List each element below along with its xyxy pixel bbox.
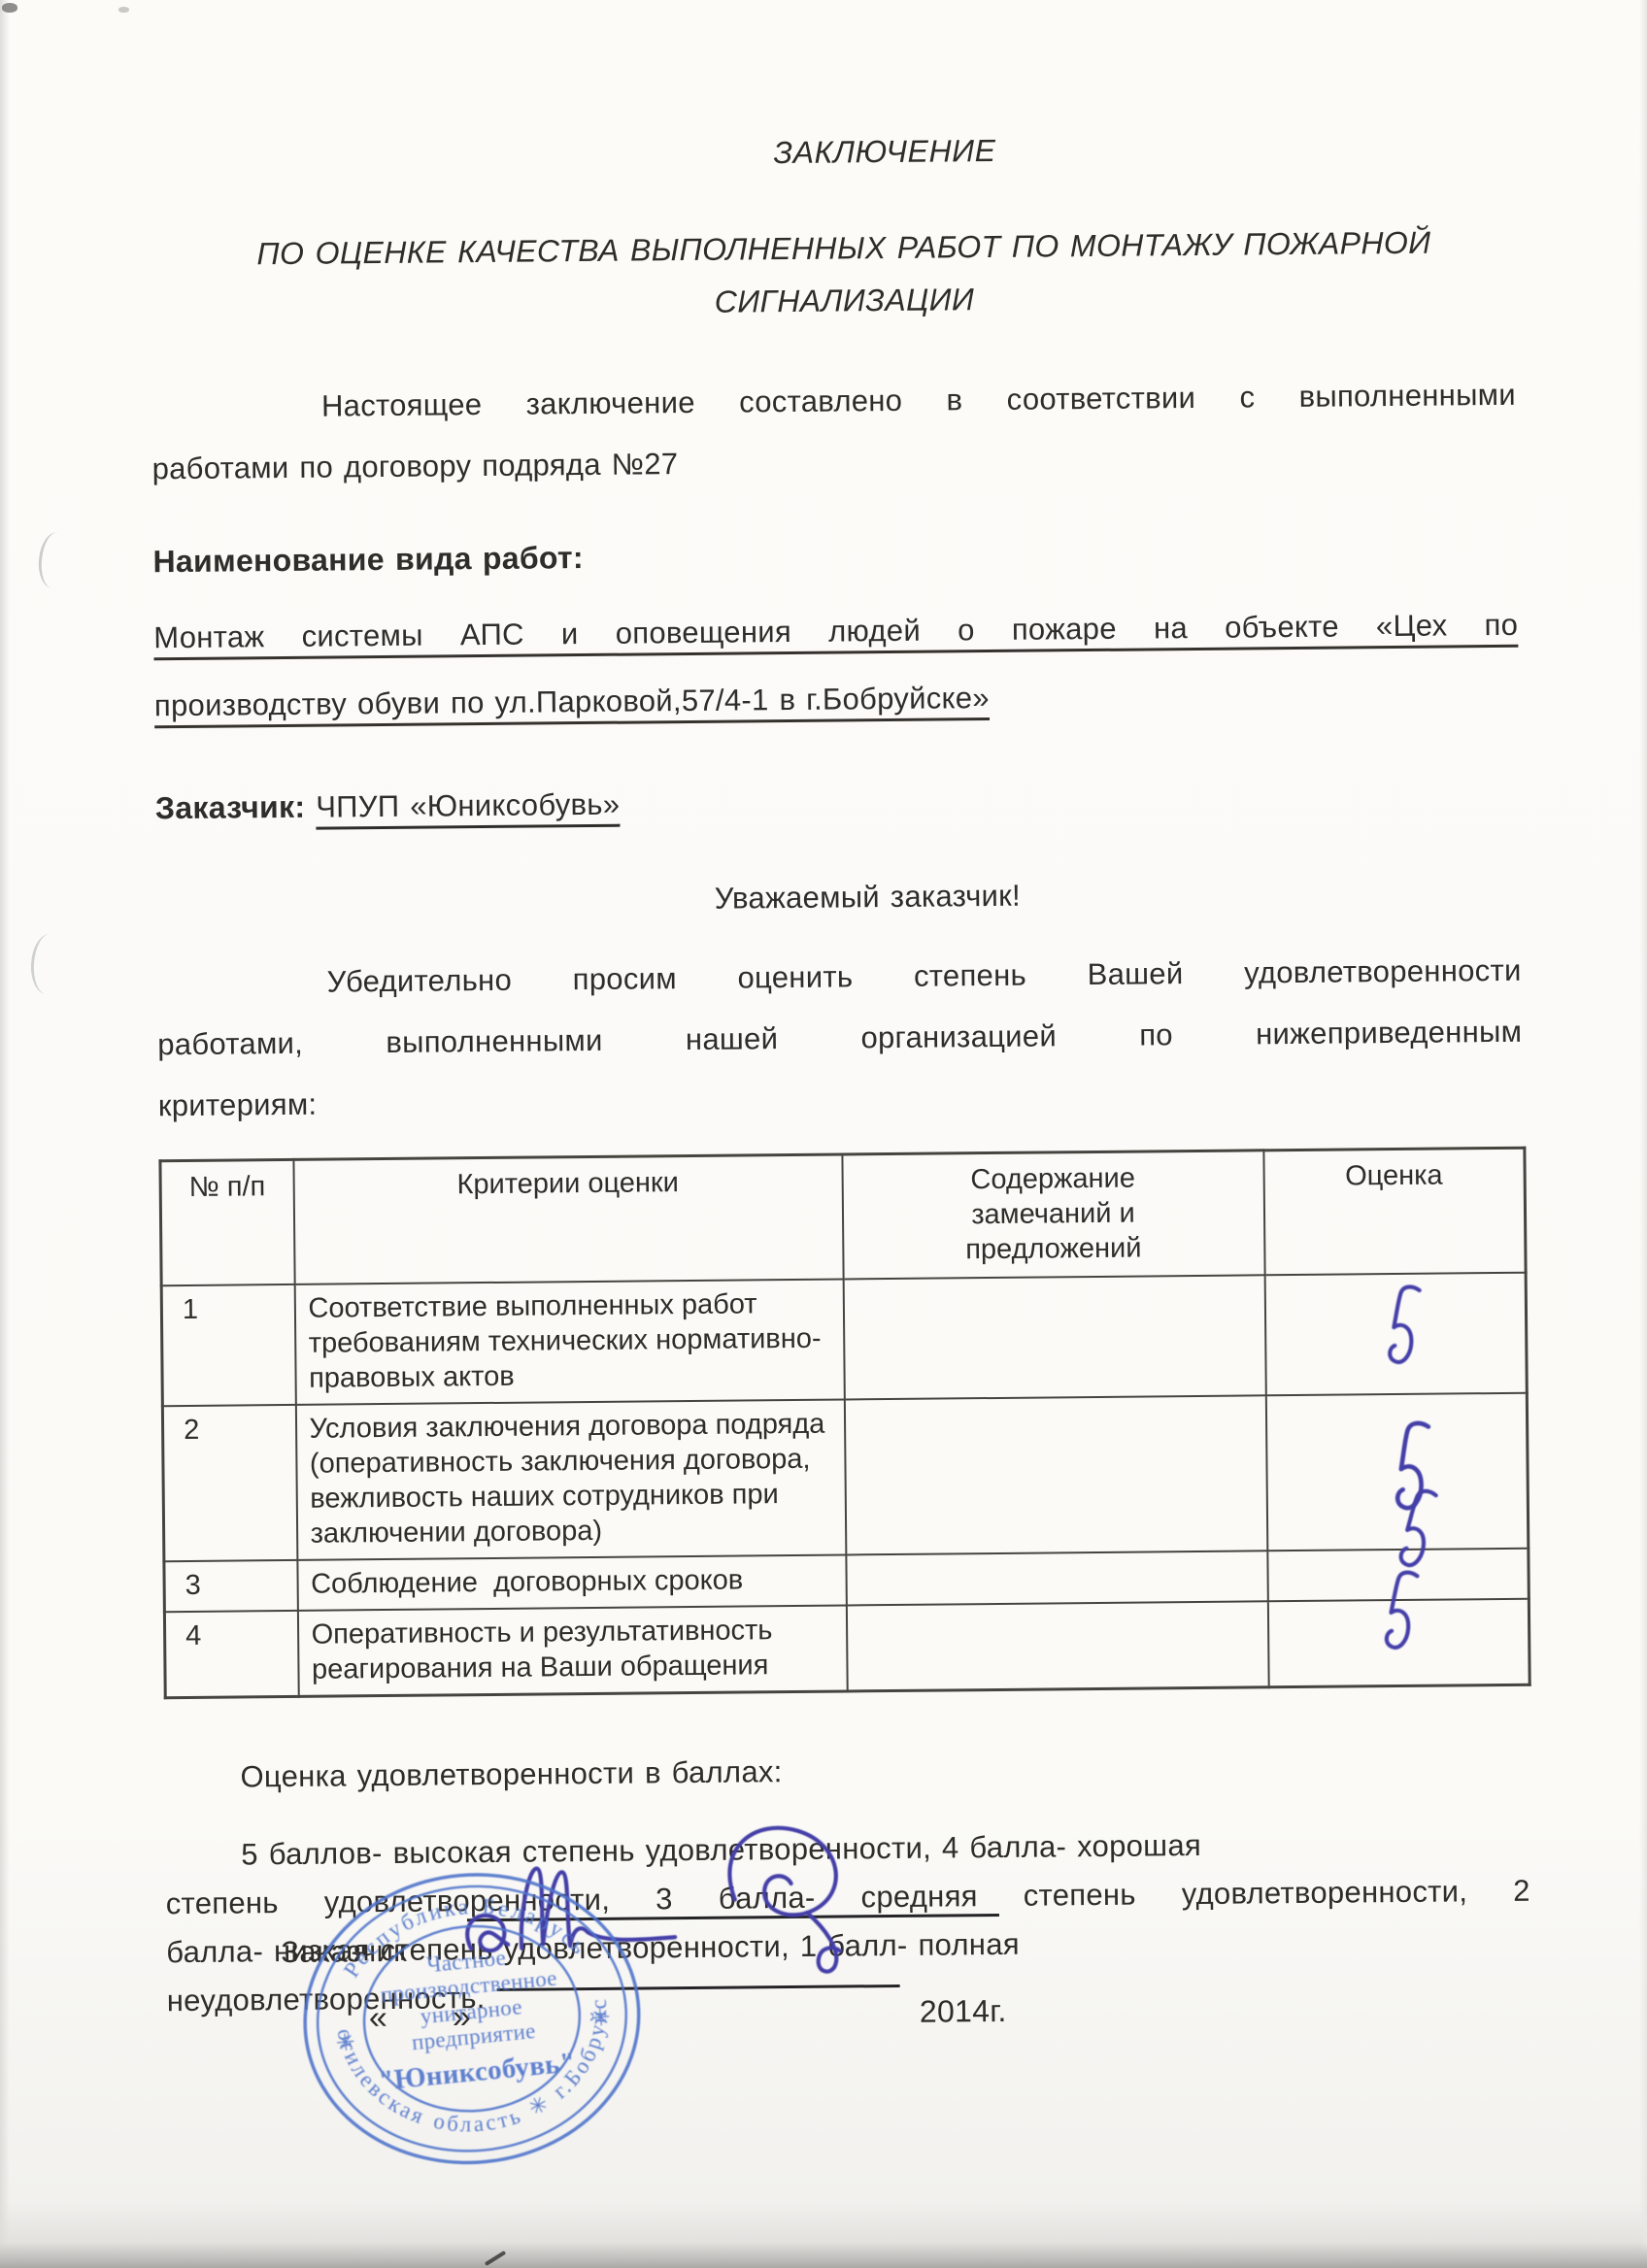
document-title: ЗАКЛЮЧЕНИЕ [202, 121, 1566, 181]
row-number: 3 [164, 1560, 297, 1612]
handwritten-score-5 [1380, 1280, 1432, 1380]
work-description-line: Монтаж системы АПС и оповещения людей о … [153, 591, 1519, 672]
scan-bottom-shadow [0, 2243, 1647, 2268]
salutation: Уважаемый заказчик! [185, 869, 1550, 927]
row-score-cell: 5 [1267, 1598, 1529, 1686]
customer-name: ЧПУП «Юниксобувь» [316, 786, 620, 823]
table-header-row: № п/п Критерии оценки Содержание замечан… [160, 1148, 1526, 1285]
work-description-line: производству обуви по ул.Парковой,57/4-1… [154, 659, 1520, 740]
row-remarks [846, 1551, 1267, 1605]
customer-row: Заказчик: ЧПУП «Юниксобувь» [155, 772, 1520, 832]
company-stamp: Республика Беларусь Могилевская область … [284, 1852, 660, 2185]
score-value: 5 [1269, 1552, 1270, 1553]
scan-speck [2, 3, 17, 13]
handwritten-score-5 [1376, 1565, 1430, 1665]
scanned-document-page: ЗАКЛЮЧЕНИЕ ПО ОЦЕНКЕ КАЧЕСТВА ВЫПОЛНЕННЫ… [0, 0, 1647, 2268]
scan-artifact-arc [36, 530, 74, 589]
evaluation-table: № п/п Критерии оценки Содержание замечан… [158, 1147, 1530, 1699]
scale-heading: Оценка удовлетворенности в баллах: [164, 1743, 1529, 1801]
row-number: 1 [161, 1284, 295, 1406]
intro-paragraph: Настоящее заключение составлено в соотве… [151, 364, 1517, 499]
intro-line: Настоящее заключение составлено в соотве… [151, 364, 1517, 438]
score-value: 5 [1269, 1603, 1270, 1604]
row-number: 4 [164, 1611, 298, 1698]
work-description: Монтаж системы АПС и оповещения людей о … [153, 591, 1519, 740]
row-score-cell: 5 [1264, 1273, 1527, 1396]
row-criteria: Оперативность и результативность реагиро… [297, 1605, 847, 1696]
score-value: 5 [1267, 1397, 1268, 1398]
document-subtitle: ПО ОЦЕНКЕ КАЧЕСТВА ВЫПОЛНЕННЫХ РАБОТ ПО … [161, 216, 1527, 334]
customer-label: Заказчик: [155, 789, 306, 825]
row-remarks [846, 1601, 1268, 1691]
stamp-star-left: ✳ [335, 2030, 357, 2057]
document-content: ЗАКЛЮЧЕНИЕ ПО ОЦЕНКЕ КАЧЕСТВА ВЫПОЛНЕННЫ… [148, 0, 1531, 2025]
col-header-remarks: Содержание замечаний и предложений [842, 1151, 1264, 1280]
row-criteria: Условия заключения договора подряда (опе… [295, 1399, 846, 1559]
table-row: 2 Условия заключения договора подряда (о… [162, 1393, 1528, 1561]
col-header-number: № п/п [160, 1159, 294, 1285]
scan-artifact-arc [29, 933, 67, 995]
row-number: 2 [162, 1405, 297, 1561]
col-header-score: Оценка [1263, 1148, 1526, 1275]
scan-speck [118, 7, 129, 13]
request-paragraph: Убедительно просим оценить степень Вашей… [156, 940, 1523, 1136]
row-criteria: Соблюдение договорных сроков [297, 1554, 846, 1610]
table-row: 1 Соответствие выполненных работ требова… [161, 1273, 1527, 1406]
row-remarks [843, 1275, 1265, 1399]
stamp-star-right: ✳ [589, 2005, 612, 2032]
col-header-criteria: Критерии оценки [293, 1154, 843, 1284]
work-type-label: Наименование вида работ: [152, 525, 1517, 584]
scan-edge-shadow-right [1639, 0, 1647, 2268]
row-remarks [844, 1395, 1267, 1554]
request-line: работами, выполненными нашей организацие… [157, 1001, 1523, 1075]
scan-edge-shadow-left [0, 0, 10, 2268]
intro-line: работами по договору подряда №27 [151, 425, 1517, 499]
table-row: 4 Оперативность и результативность реаги… [164, 1598, 1529, 1697]
row-criteria: Соответствие выполненных работ требовани… [294, 1279, 844, 1404]
score-value: 5 [1266, 1277, 1267, 1278]
